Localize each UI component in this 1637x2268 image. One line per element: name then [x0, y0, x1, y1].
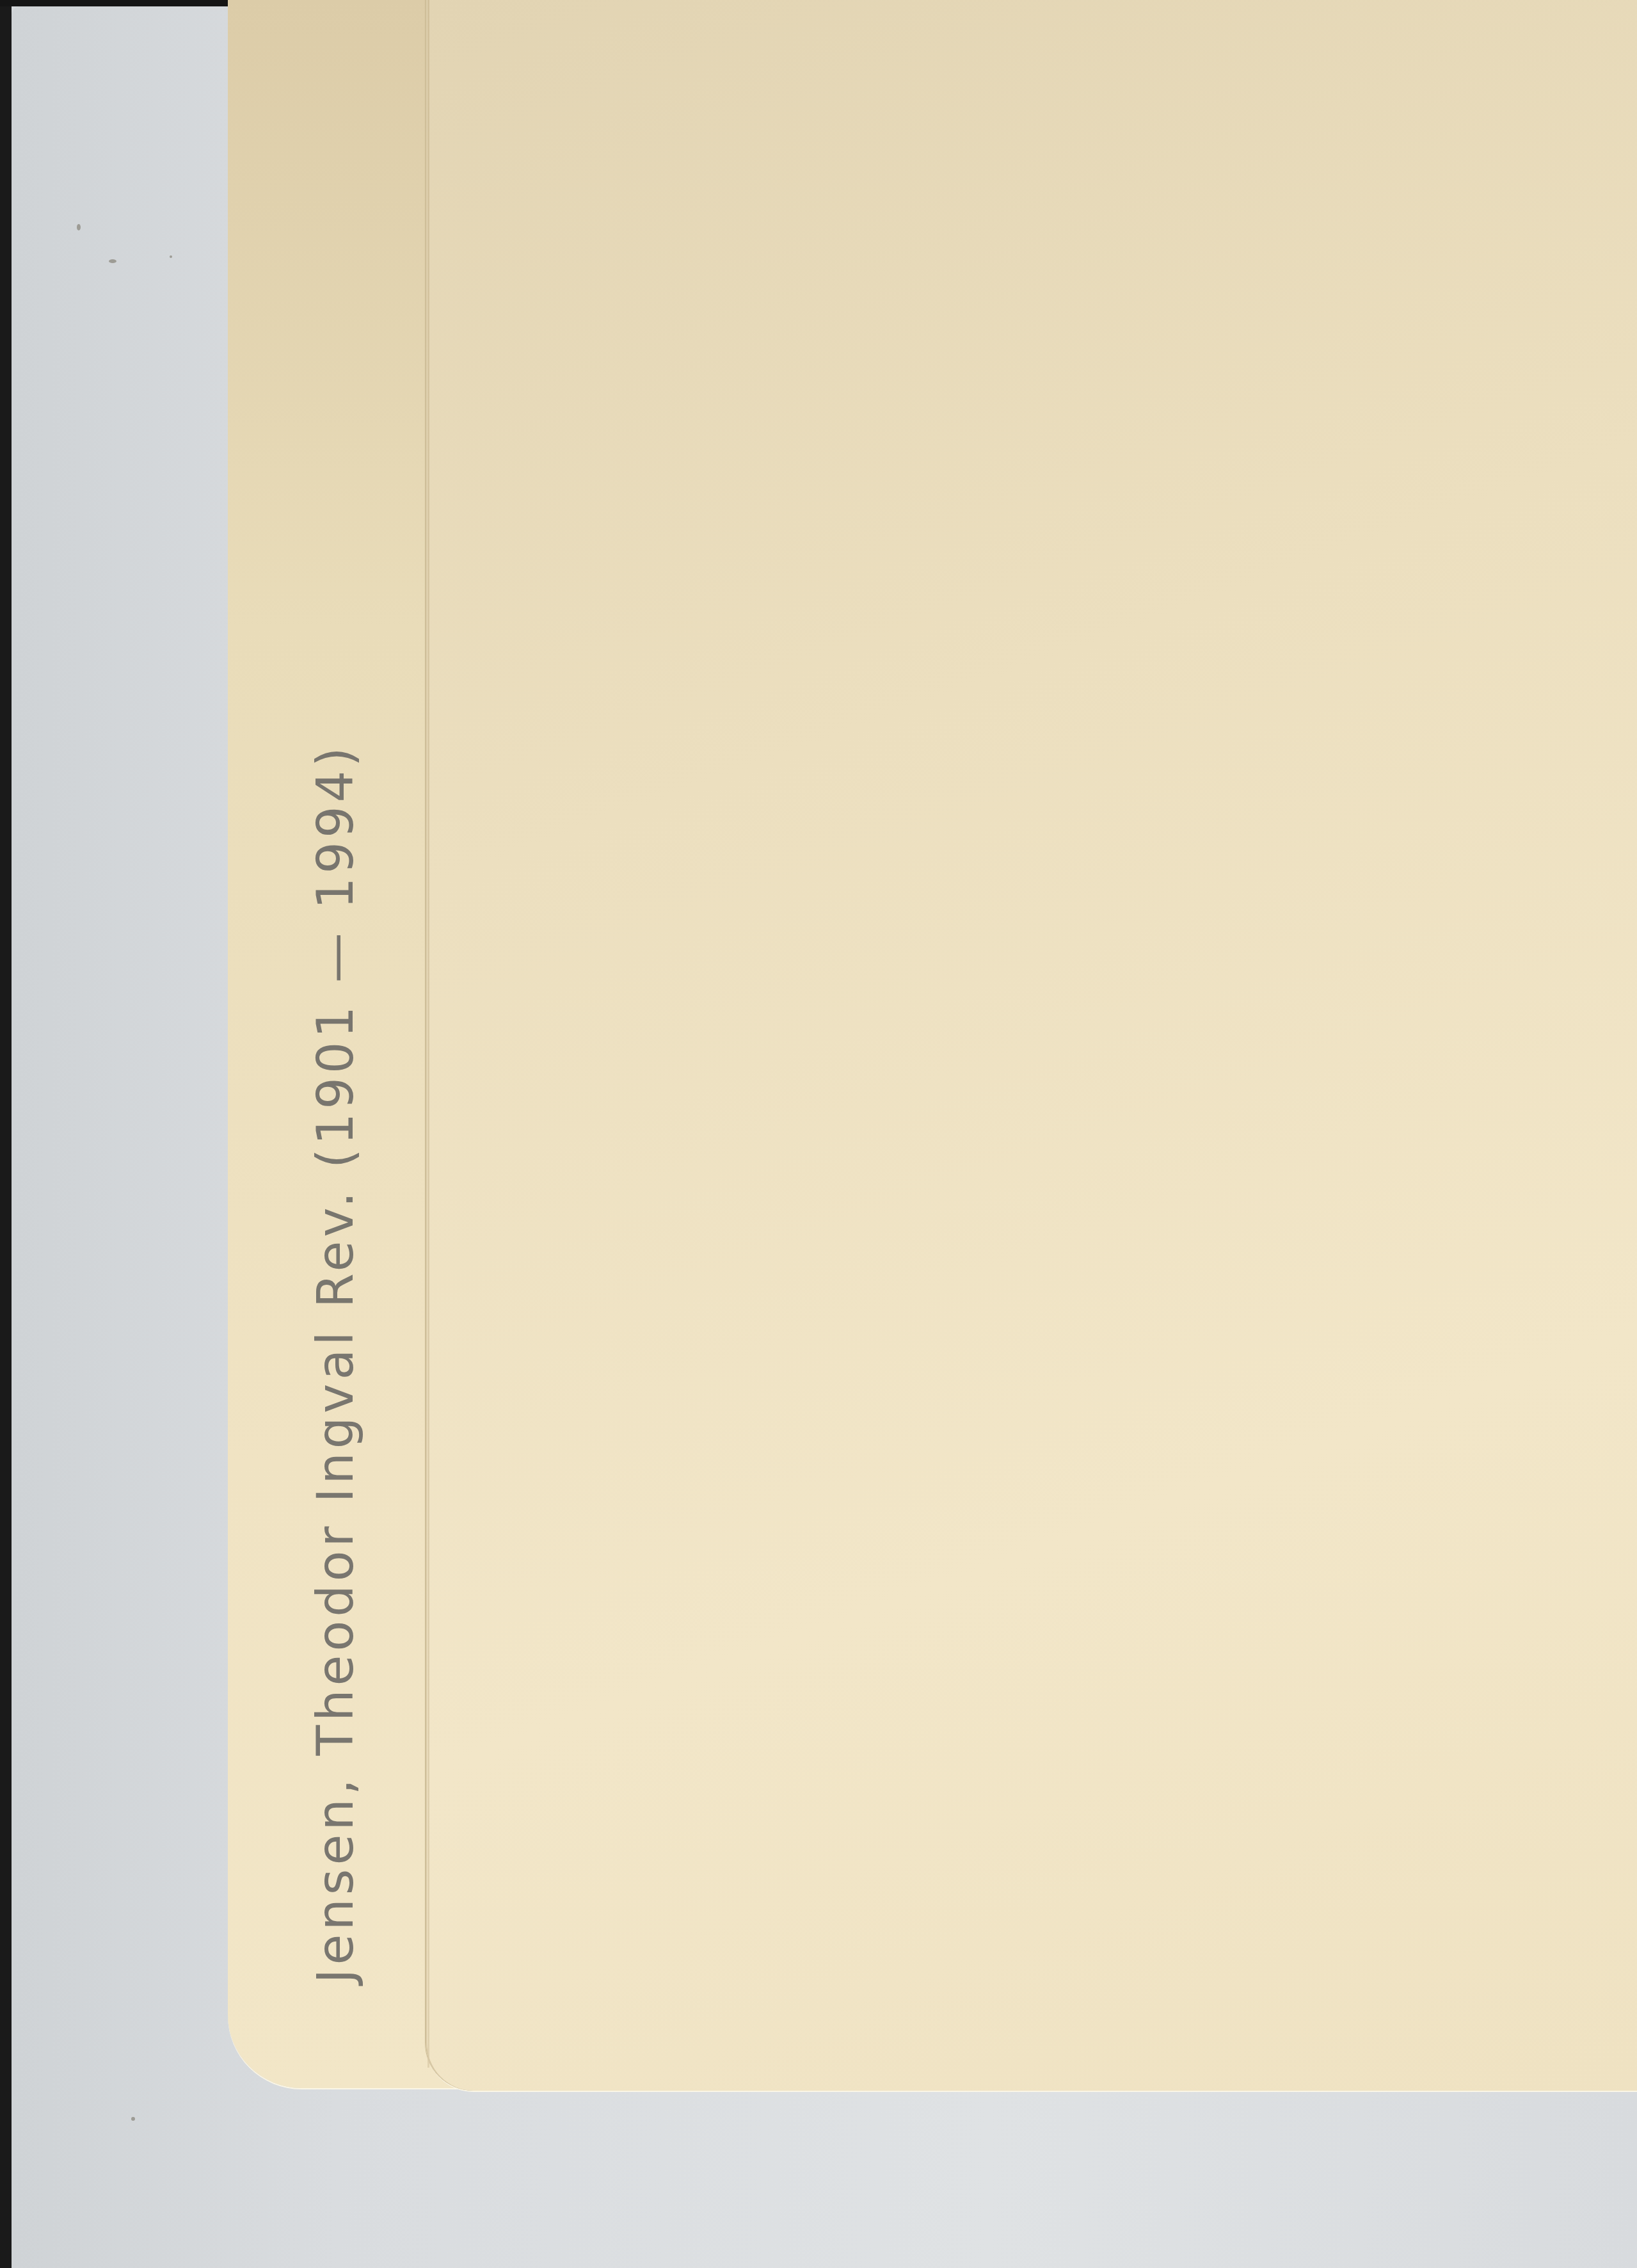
handwritten-name-label: Jensen, Theodor Ingval Rev. (1901 — 1994…: [307, 743, 365, 1983]
dust-speck: [109, 259, 116, 263]
folder-crease: [427, 0, 429, 2068]
scanner-edge-top: [0, 0, 232, 6]
dust-speck: [131, 2117, 135, 2121]
dust-speck: [77, 224, 81, 230]
scanner-edge: [0, 0, 12, 2268]
dust-speck: [170, 255, 172, 258]
folder-front-panel: [426, 0, 1637, 2091]
